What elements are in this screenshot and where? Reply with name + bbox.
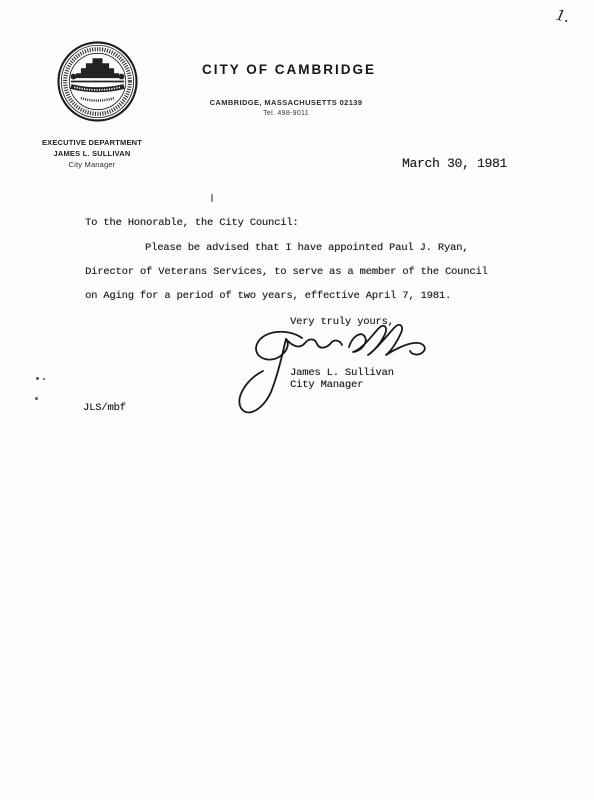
scan-artifact-dot (35, 397, 38, 400)
salutation: To the Honorable, the City Council: (85, 217, 299, 229)
city-of-cambridge-seal-icon (56, 40, 139, 123)
sender-department: EXECUTIVE DEPARTMENT (42, 138, 142, 147)
seal-graphic (56, 40, 139, 123)
letterhead-title: CITY OF CAMBRIDGE (202, 62, 376, 77)
body-line: Please be advised that I have appointed … (145, 242, 468, 254)
letterhead-phone: Tel. 498-9011 (263, 110, 309, 117)
reference-initials: JLS/mbf (83, 402, 126, 414)
handwritten-page-number: 1. (554, 5, 573, 28)
signature-name: James L. Sullivan (290, 367, 394, 379)
scan-artifact-tick (211, 194, 213, 202)
letterhead-address: CAMBRIDGE, MASSACHUSETTS 02139 (210, 98, 363, 107)
body-line: Director of Veterans Services, to serve … (85, 266, 488, 278)
letter-date: March 30, 1981 (402, 156, 507, 171)
signature-title: City Manager (290, 379, 363, 391)
scan-artifact-dot (36, 377, 39, 380)
sender-title: City Manager (68, 160, 115, 169)
letter-page: 1. CITY OF CAMBRIDGE CAMBRIDGE, MASSACHU… (0, 0, 594, 800)
scan-artifact-dot (43, 378, 45, 380)
body-line: on Aging for a period of two years, effe… (85, 290, 451, 302)
sender-name: JAMES L. SULLIVAN (53, 149, 130, 158)
